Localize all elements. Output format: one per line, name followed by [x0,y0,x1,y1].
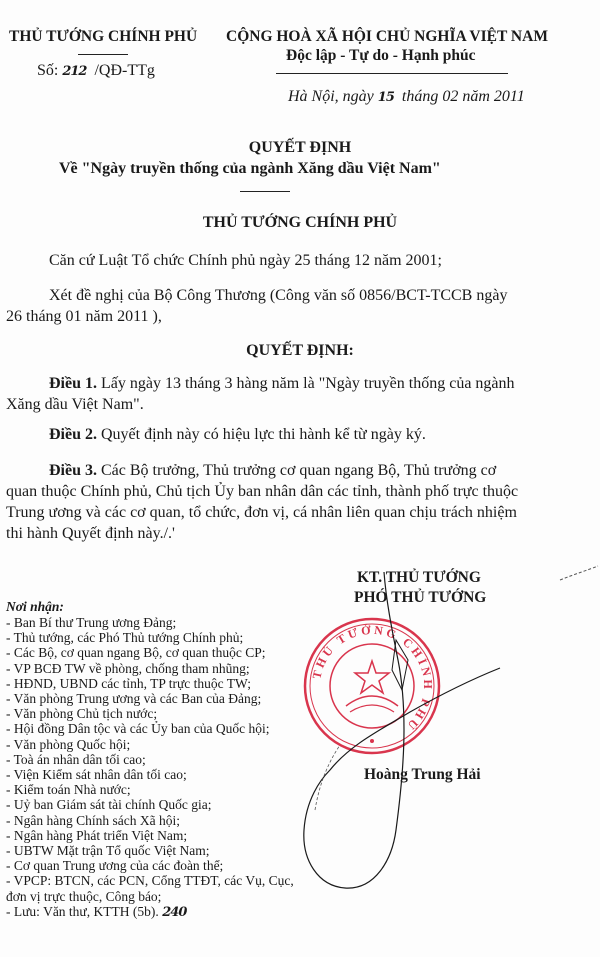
official-seal: THỦ TƯỚNG CHÍNH PHỦ [302,616,442,756]
signer-name: Hoàng Trung Hải [364,766,481,784]
recipient-item: - HĐND, UBND các tỉnh, TP trực thuộc TW; [6,676,294,691]
recipient-item: - Ban Bí thư Trung ương Đảng; [6,615,294,630]
title-underline [240,191,290,192]
document-title: QUYẾT ĐỊNH [0,139,600,157]
archive-count-handwritten: 240 [159,905,187,920]
national-title: CỘNG HOÀ XÃ HỘI CHỦ NGHĨA VIỆT NAM [226,28,548,46]
date-suffix: tháng 02 năm 2011 [402,88,525,105]
agency-underline [78,54,128,55]
recipient-item: - Toà án nhân dân tối cao; [6,752,294,767]
recipient-item: - Văn phòng Chủ tịch nước; [6,706,294,721]
svg-text:THỦ TƯỚNG CHÍNH PHỦ: THỦ TƯỚNG CHÍNH PHỦ [309,623,435,735]
recipient-item: - UBTW Mặt trận Tổ quốc Việt Nam; [6,843,294,858]
doc-number-handwritten: 212 [62,64,86,79]
article-label: Điều 3. [49,462,97,479]
legal-basis-2: Xét đề nghị của Bộ Công Thương (Công văn… [6,285,526,327]
article-1: Điều 1. Lấy ngày 13 tháng 3 hàng năm là … [6,373,526,415]
article-text: Quyết định này có hiệu lực thi hành kể t… [101,426,426,443]
motto-underline [276,73,508,74]
recipient-item: đơn vị trực thuộc, Công báo; [6,889,294,904]
recipient-item: - Ngân hàng Chính sách Xã hội; [6,813,294,828]
date-prefix: Hà Nội, ngày [288,88,374,105]
legal-basis-1: Căn cứ Luật Tổ chức Chính phủ ngày 25 th… [6,250,526,271]
recipients-list: - Ban Bí thư Trung ương Đảng;- Thủ tướng… [6,615,294,920]
national-motto: Độc lập - Tự do - Hạnh phúc [286,47,475,65]
article-3: Điều 3. Các Bộ trưởng, Thủ trưởng cơ qua… [6,460,526,544]
recipient-item: - Lưu: Văn thư, KTTH (5b). 240 [6,904,294,920]
recipient-item: - Cơ quan Trung ương của các đoàn thể; [6,858,294,873]
recipient-item: - Văn phòng Quốc hội; [6,737,294,752]
signature-line-2: PHÓ THỦ TƯỚNG [354,589,486,607]
recipient-item: - VP BCĐ TW về phòng, chống tham nhũng; [6,661,294,676]
recipient-item: - Viện Kiểm sát nhân dân tối cao; [6,767,294,782]
article-label: Điều 1. [49,375,97,392]
recipient-item: - Ngân hàng Phát triển Việt Nam; [6,828,294,843]
recipient-item: - Văn phòng Trung ương và các Ban của Đả… [6,691,294,706]
recipient-item: - Uỷ ban Giám sát tài chính Quốc gia; [6,797,294,812]
recipient-item: - Thủ tướng, các Phó Thủ tướng Chính phủ… [6,630,294,645]
article-label: Điều 2. [49,426,97,443]
star-icon [355,661,389,693]
recipient-item: - Kiểm toán Nhà nước; [6,782,294,797]
document-number: Số: 212 /QĐ-TTg [37,62,155,80]
issuing-authority: THỦ TƯỚNG CHÍNH PHỦ [0,214,600,232]
recipient-item: - Các Bộ, cơ quan ngang Bộ, cơ quan thuộ… [6,645,294,660]
document-subject: Về "Ngày truyền thống của ngành Xăng dầu… [59,160,441,178]
issuing-agency: THỦ TƯỚNG CHÍNH PHỦ [9,28,197,46]
recipient-item: - VPCP: BTCN, các PCN, Cổng TTĐT, các Vụ… [6,873,294,888]
signature-line-1: KT. THỦ TƯỚNG [357,569,481,587]
article-2: Điều 2. Quyết định này có hiệu lực thi h… [6,424,526,445]
recipients-title: Nơi nhận: [6,599,64,615]
date-line: Hà Nội, ngày 15 tháng 02 năm 2011 [288,88,525,106]
recipient-item: - Hội đồng Dân tộc và các Ủy ban của Quố… [6,721,294,736]
doc-number-prefix: Số: [37,62,58,79]
date-day-handwritten: 15 [378,90,394,105]
seal-text: THỦ TƯỚNG CHÍNH PHỦ [309,623,435,735]
doc-number-suffix: /QĐ-TTg [94,62,154,79]
decides-heading: QUYẾT ĐỊNH: [0,342,600,360]
